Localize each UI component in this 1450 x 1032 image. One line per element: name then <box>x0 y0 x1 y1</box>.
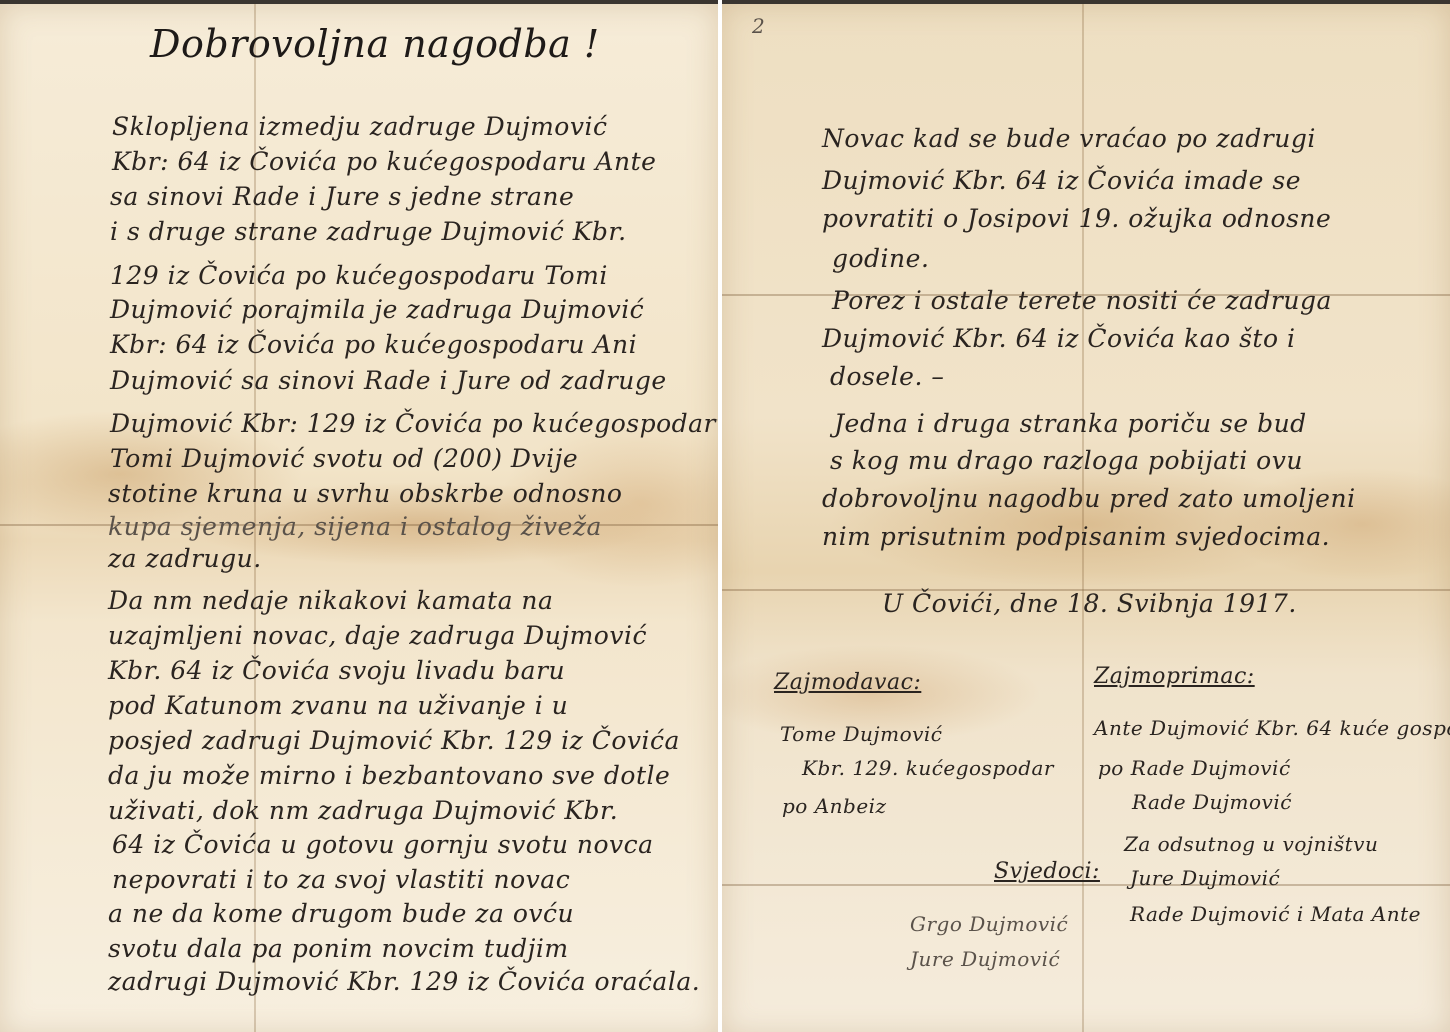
document-title: Dobrovoljna nagodba ! <box>150 22 600 66</box>
text-line: Jedna i druga stranka poriču se bud <box>834 409 1307 438</box>
signature-line: Ante Dujmović Kbr. 64 kuće gospodar <box>1094 716 1450 740</box>
text-line: posjed zadrugi Dujmović Kbr. 129 iz Čovi… <box>108 726 680 755</box>
text-line: povratiti o Josipovi 19. ožujka odnosne <box>822 204 1331 233</box>
text-line: Dujmović Kbr: 129 iz Čovića po kućegospo… <box>110 409 718 438</box>
witnesses-heading: Svjedoci: <box>994 859 1100 884</box>
text-line: dobrovoljnu nagodbu pred zato umoljeni <box>822 484 1356 513</box>
signature-line: Jure Dujmović <box>1130 866 1280 890</box>
text-line: pod Katunom zvanu na uživanje i u <box>108 691 568 720</box>
text-line: nim prisutnim podpisanim svjedocima. <box>822 522 1330 551</box>
document-page-right: 2 Novac kad se bude vraćao po zadrugi Du… <box>722 0 1450 1032</box>
text-line: Kbr. 64 iz Čovića svoju livadu baru <box>108 656 565 685</box>
signature-line: Rade Dujmović <box>1132 790 1292 814</box>
borrower-heading: Zajmoprimac: <box>1094 664 1255 689</box>
lender-heading: Zajmodavac: <box>774 670 921 695</box>
text-line: Kbr: 64 iz Čovića po kućegospodaru Ante <box>112 147 656 176</box>
text-line: Dujmović Kbr. 64 iz Čovića kao što i <box>822 324 1295 353</box>
signature-line: Kbr. 129. kućegospodar <box>802 756 1054 780</box>
text-line: 129 iz Čovića po kućegospodaru Tomi <box>110 261 608 290</box>
fold-crease <box>722 884 1450 886</box>
text-line: kupa sjemenja, sijena i ostalog živeža <box>108 512 602 541</box>
signature-line: Jure Dujmović <box>910 947 1060 971</box>
text-line: uzajmljeni novac, daje zadruga Dujmović <box>108 621 647 650</box>
page-number-mark: 2 <box>752 14 765 38</box>
text-line: Dujmović Kbr. 64 iz Čovića imade se <box>822 166 1301 195</box>
text-line: Novac kad se bude vraćao po zadrugi <box>822 124 1316 153</box>
text-line: za zadrugu. <box>108 544 262 573</box>
text-line: a ne da kome drugom bude za ovću <box>108 899 574 928</box>
text-line: sa sinovi Rade i Jure s jedne strane <box>110 182 574 211</box>
signature-line: Rade Dujmović i Mata Ante <box>1130 902 1421 926</box>
text-line: Kbr: 64 iz Čovića po kućegospodaru Ani <box>110 330 637 359</box>
text-line: uživati, dok nm zadruga Dujmović Kbr. <box>108 796 618 825</box>
signature-line: Grgo Dujmović <box>910 912 1068 936</box>
text-line: 64 iz Čovića u gotovu gornju svotu novca <box>112 830 654 859</box>
text-line: godine. <box>832 244 929 273</box>
signature-line: po Anbeiz <box>782 794 887 818</box>
text-line: stotine kruna u svrhu obskrbe odnosno <box>108 479 622 508</box>
text-line: s kog mu drago razloga pobijati ovu <box>830 446 1303 475</box>
text-line: Porez i ostale terete nositi će zadruga <box>832 286 1332 315</box>
text-line: Tomi Dujmović svotu od (200) Dvije <box>110 444 578 473</box>
signature-line: Tome Dujmović <box>780 722 943 746</box>
text-line: Sklopljena izmedju zadruge Dujmović <box>112 112 607 141</box>
text-line: Dujmović sa sinovi Rade i Jure od zadrug… <box>110 366 667 395</box>
text-line: Dujmović porajmila je zadruga Dujmović <box>110 295 644 324</box>
text-line: svotu dala pa ponim novcim tudjim <box>108 934 569 963</box>
text-line: zadrugi Dujmović Kbr. 129 iz Čovića orać… <box>108 967 700 996</box>
text-line: Da nm nedaje nikakovi kamata na <box>108 586 553 615</box>
document-page-left: Dobrovoljna nagodba ! Sklopljena izmedju… <box>0 0 718 1032</box>
text-line: dosele. – <box>830 362 944 391</box>
text-line: nepovrati i to za svoj vlastiti novac <box>112 865 570 894</box>
signature-line: po Rade Dujmović <box>1098 756 1291 780</box>
date-place-line: U Čovići, dne 18. Svibnja 1917. <box>882 589 1297 618</box>
text-line: i s druge strane zadruge Dujmović Kbr. <box>110 217 627 246</box>
absent-note: Za odsutnog u vojništvu <box>1124 832 1378 856</box>
text-line: da ju može mirno i bezbantovano sve dotl… <box>108 761 670 790</box>
